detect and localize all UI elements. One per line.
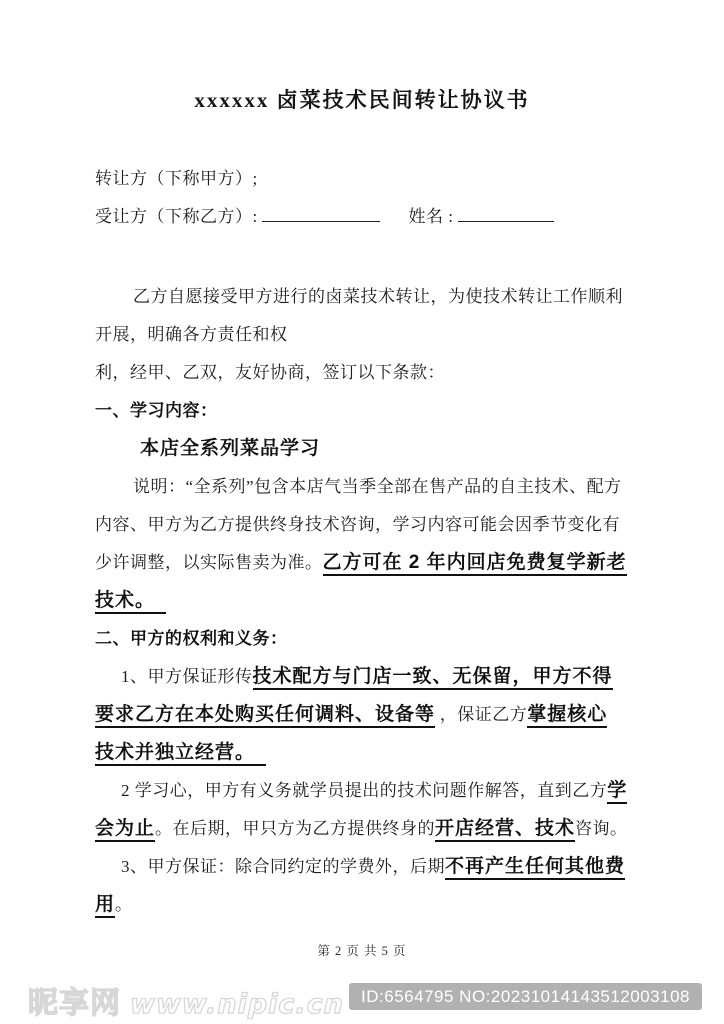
text-run: 转让方（下称甲方）; <box>95 169 258 188</box>
emphasized-underlined-text: 技术。 <box>95 590 166 614</box>
text-run: 咨询。 <box>575 819 628 838</box>
section-2-heading: 二、甲方的权利和义务： <box>95 620 635 658</box>
text-run: 内容、甲方为乙方提供终身技术咨询，学习内容可能会因季节变化有 <box>95 515 620 534</box>
text-run: 少许调整，以实际售卖为准。 <box>95 553 323 572</box>
doc-line: 会为止。在后期，甲只方为乙方提供终身的开店经营、技术咨询。 <box>95 810 635 848</box>
text-run: 利，经甲、乙双，友好协商，签订以下条款： <box>95 363 445 382</box>
doc-line: 要求乙方在本处购买任何调料、设备等 ，保证乙方掌握核心 <box>95 696 635 734</box>
nipic-site-url: www.nipic.cn <box>130 989 344 1020</box>
nipic-site-name: 昵享网 <box>28 986 121 1021</box>
blank-line <box>95 236 635 278</box>
watermark-bar: 昵享网www.nipic.cn ID:6564795 NO:2023101414… <box>0 974 724 1024</box>
text-run: 乙方自愿接受甲方进行的卤菜技术转让，为使技术转让工作顺利 <box>133 287 623 306</box>
text-run: 1、甲方保证形传 <box>121 667 253 686</box>
party-b-line: 受让方（下称乙方）: 姓名 : <box>95 198 635 236</box>
doc-line: 乙方自愿接受甲方进行的卤菜技术转让，为使技术转让工作顺利 <box>95 278 635 316</box>
section-1-heading: 一、学习内容： <box>95 392 635 430</box>
emphasized-underlined-text: 用 <box>95 894 115 918</box>
text-run: 2 学习心，甲方有义务就学员提出的技术问题作解答，直到乙方 <box>121 781 607 800</box>
doc-line: 说明：“全系列”包含本店气当季全部在售产品的自主技术、配方 <box>95 468 635 506</box>
text-run: 开展，明确各方责任和权 <box>95 325 288 344</box>
image-id-badge: ID:6564795 NO:20231014143512003108 <box>349 983 702 1010</box>
doc-line: 开展，明确各方责任和权 <box>95 316 635 354</box>
doc-line: 本店全系列菜品学习 <box>95 430 635 468</box>
emphasized-underlined-text: 掌握核心 <box>527 704 607 728</box>
party-a-line: 转让方（下称甲方）; <box>95 160 635 198</box>
doc-lines: 转让方（下称甲方）;受让方（下称乙方）: 姓名 : 乙方自愿接受甲方进行的卤菜技… <box>95 160 635 924</box>
emphasized-underlined-text: 不再产生任何其他费 <box>445 856 625 880</box>
doc-line: 用。 <box>95 886 635 924</box>
bold-text: 二、甲方的权利和义务： <box>95 629 288 648</box>
emphasized-underlined-text: 学 <box>607 780 627 804</box>
emphasized-underlined-text: 开店经营、技术 <box>435 818 575 842</box>
emphasized-underlined-text: 技术配方与门店一致、无保留，甲方不得 <box>253 666 613 690</box>
text-run: 受让方（下称乙方）: <box>95 207 262 226</box>
doc-line: 2 学习心，甲方有义务就学员提出的技术问题作解答，直到乙方学 <box>95 772 635 810</box>
text-run: ，保证乙方 <box>435 705 527 724</box>
doc-line: 技术并独立经营。 <box>95 734 635 772</box>
doc-line: 内容、甲方为乙方提供终身技术咨询，学习内容可能会因季节变化有 <box>95 506 635 544</box>
text-run: 姓名 : <box>408 207 458 226</box>
bold-text: 本店全系列菜品学习 <box>140 438 320 459</box>
blank-underline-field <box>458 206 554 222</box>
text-run: 3、甲方保证：除合同约定的学费外，后期 <box>121 857 445 876</box>
emphasized-underlined-text: 技术并独立经营。 <box>95 742 266 766</box>
emphasized-underlined-text: 要求乙方在本处购买任何调料、设备等 <box>95 704 435 728</box>
document-title: xxxxxx 卤菜技术民间转让协议书 <box>0 84 724 114</box>
page-number-indicator: 第 2 页 共 5 页 <box>0 941 724 959</box>
text-run: 。 <box>115 895 133 914</box>
emphasized-underlined-text: 会为止 <box>95 818 155 842</box>
doc-line: 1、甲方保证形传技术配方与门店一致、无保留，甲方不得 <box>95 658 635 696</box>
doc-line: 技术。 <box>95 582 635 620</box>
doc-line: 3、甲方保证：除合同约定的学费外，后期不再产生任何其他费 <box>95 848 635 886</box>
doc-line: 少许调整，以实际售卖为准。乙方可在 2 年内回店免费复学新老 <box>95 544 635 582</box>
text-run: 。在后期，甲只方为乙方提供终身的 <box>155 819 435 838</box>
bold-text: 一、学习内容： <box>95 401 218 420</box>
doc-line: 利，经甲、乙双，友好协商，签订以下条款： <box>95 354 635 392</box>
blank-underline-field <box>262 206 380 222</box>
nipic-logo: 昵享网www.nipic.cn <box>28 978 344 1022</box>
text-run: 说明：“全系列”包含本店气当季全部在售产品的自主技术、配方 <box>133 477 622 496</box>
emphasized-underlined-text: 乙方可在 2 年内回店免费复学新老 <box>323 552 627 576</box>
